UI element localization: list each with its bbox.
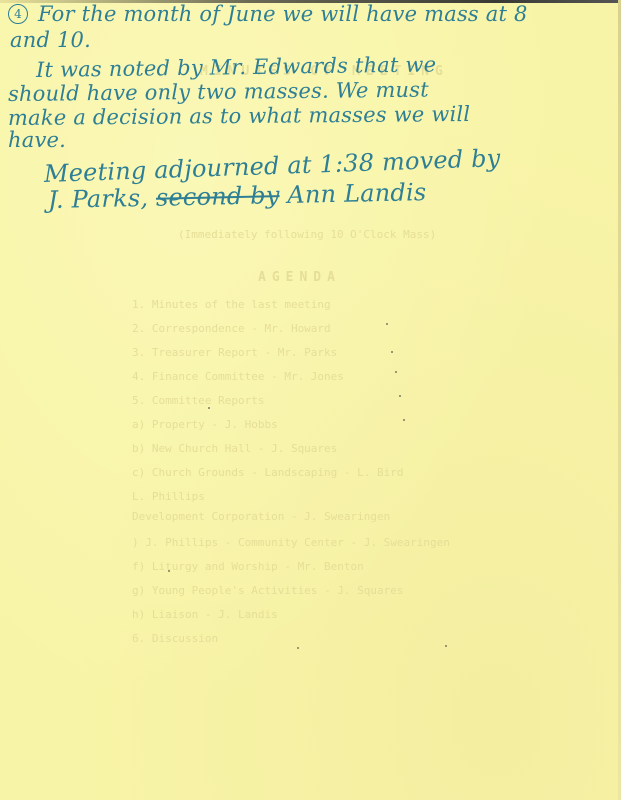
hw-struck-text: second by [156, 181, 280, 212]
bleed-item: 1. Minutes of the last meeting [132, 298, 331, 311]
bleed-item: 4. Finance Committee - Mr. Jones [132, 370, 344, 383]
speck [395, 371, 397, 373]
item-number-circle: 4 [8, 4, 28, 24]
bleed-item: 3. Treasurer Report - Mr. Parks [132, 346, 337, 359]
speck [208, 407, 210, 409]
hw-mover-name: J. Parks, [48, 184, 149, 214]
bleed-agenda-title: AGENDA [258, 270, 341, 285]
hw-text: For the month of June we will have mass … [38, 2, 528, 26]
bleed-item: ) J. Phillips - Community Center - J. Sw… [132, 536, 450, 549]
bleed-item: h) Liaison - J. Landis [132, 608, 278, 621]
bleed-item: 6. Discussion [132, 632, 218, 645]
bleed-item: c) Church Grounds - Landscaping - L. Bir… [132, 466, 404, 479]
bleed-item: Development Corporation - J. Swearingen [132, 510, 390, 523]
bleed-item: L. Phillips [132, 490, 205, 503]
hw-line-1: 4For the month of June we will have mass… [8, 2, 528, 26]
bleed-item: 2. Correspondence - Mr. Howard [132, 322, 331, 335]
bleed-item: 5. Committee Reports [132, 394, 264, 407]
speck [445, 645, 447, 647]
bleed-subtitle: (Immediately following 10 O'Clock Mass) [178, 228, 436, 241]
hw-line-5: make a decision as to what masses we wil… [8, 102, 470, 130]
bleed-item: b) New Church Hall - J. Squares [132, 442, 337, 455]
speck [399, 395, 401, 397]
hw-seconder-name: Ann Landis [287, 178, 426, 209]
document-page: MINUTES OF MEETING (Immediately followin… [0, 0, 621, 800]
speck [391, 351, 393, 353]
speck [403, 419, 405, 421]
bleed-item: a) Property - J. Hobbs [132, 418, 278, 431]
speck [386, 323, 388, 325]
hw-line-2: and 10. [10, 28, 91, 52]
speck [168, 570, 170, 572]
hw-line-6: have. [8, 128, 66, 152]
bleed-item: f) Liturgy and Worship - Mr. Benton [132, 560, 364, 573]
hw-line-4: should have only two masses. We must [8, 78, 429, 106]
bleed-item: g) Young People's Activities - J. Square… [132, 584, 404, 597]
speck [297, 647, 299, 649]
